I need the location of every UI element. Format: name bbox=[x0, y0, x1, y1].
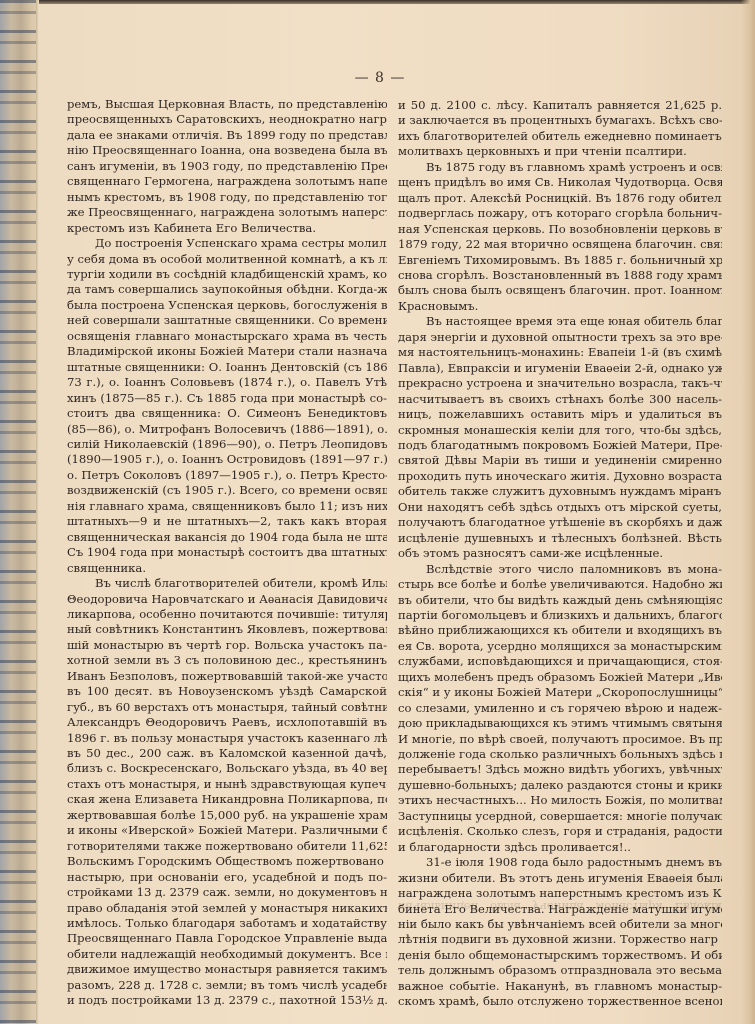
text-line: получаютъ благодатное утѣшеніе въ скорбя… bbox=[398, 515, 722, 530]
text-line: движимое имущество монастыря равняется т… bbox=[67, 962, 387, 977]
text-line: душевно-больныхъ; далеко раздаются стоны… bbox=[398, 778, 722, 793]
text-line: Вслѣдствіе этого число паломниковъ въ мо… bbox=[398, 562, 722, 577]
paragraph: Вслѣдствіе этого число паломниковъ въ мо… bbox=[398, 562, 722, 856]
text-line: ней совершали заштатные священники. Со в… bbox=[67, 313, 387, 328]
text-line: нія главнаго храма, священниковъ было 11… bbox=[67, 499, 387, 514]
text-line: ская жена Елизавета Никандровна Поликарп… bbox=[67, 792, 387, 807]
text-line: подъ благодатнымъ покровомъ Божіей Матер… bbox=[398, 438, 722, 453]
paragraph: Въ настоящее время эта еще юная обитель … bbox=[398, 314, 722, 561]
text-line: мя настоятельницъ-монахинь: Евапеіи 1-й … bbox=[398, 345, 722, 360]
text-line: Павла), Евпраксіи и игуменіи Еваѳеіи 2-й… bbox=[398, 361, 722, 376]
text-line: Θеодоровича Наровчатскаго и Аѳанасія Дав… bbox=[67, 592, 387, 607]
text-line: разомъ, 228 д. 1728 с. земли; въ томъ чи… bbox=[67, 978, 387, 993]
text-line: Евгеніемъ Тихомировымъ. Въ 1885 г. больн… bbox=[398, 253, 722, 268]
text-line: долженіе года сколько различныхъ больных… bbox=[398, 747, 722, 762]
text-line: жертвовавшая болѣе 15,000 руб. на украше… bbox=[67, 808, 387, 823]
text-line: проходить путь иноческаго житія. Духовно… bbox=[398, 469, 722, 484]
text-line: штатные священники: О. Іоаннъ Дентовскій… bbox=[67, 360, 387, 375]
text-line: тургіи ходили въ сосѣдній кладбищенскій … bbox=[67, 267, 387, 282]
text-line: молитвахъ церковныхъ и при чтеніи псалти… bbox=[398, 144, 722, 159]
text-line: жизни обители. Въ этотъ день игуменія Ев… bbox=[398, 871, 722, 886]
text-line: былъ снова былъ освященъ благочин. прот.… bbox=[398, 283, 722, 298]
text-line: 1896 г. въ пользу монастыря участокъ каз… bbox=[67, 731, 387, 746]
paragraph: Въ числѣ благотворителей обители, кромѣ … bbox=[67, 576, 387, 1009]
text-line: крестомъ изъ Кабинета Его Величества. bbox=[67, 221, 387, 236]
text-line: въ 100 десят. въ Новоузенскомъ уѣздѣ Сам… bbox=[67, 684, 387, 699]
text-line: стройками 13 д. 2379 саж. земли, но доку… bbox=[67, 885, 387, 900]
text-line: стоитъ два священника: О. Симеонъ Бенеди… bbox=[67, 406, 387, 421]
text-line: обитель также служитъ духовнымъ нуждамъ … bbox=[398, 484, 722, 499]
text-line: Въ настоящее время эта еще юная обитель … bbox=[398, 314, 722, 329]
text-line: службами, исповѣдающихся и причащающися,… bbox=[398, 654, 722, 669]
page-right-edge bbox=[741, 0, 755, 1024]
text-line: священническая вакансія до 1904 года был… bbox=[67, 530, 387, 545]
text-line: санъ игуменіи, въ 1903 году, по представ… bbox=[67, 159, 387, 174]
text-line: ницъ, пожелавшихъ оставить міръ и удалит… bbox=[398, 407, 722, 422]
text-line: хинъ (1875—85 г.). Съ 1885 года при мона… bbox=[67, 391, 387, 406]
text-line: Они находятъ себѣ здѣсь отдыхъ отъ мірск… bbox=[398, 500, 722, 515]
text-line: и подъ постройками 13 д. 2379 с., пахотн… bbox=[67, 993, 387, 1008]
text-line: снова сгорѣлъ. Возстановленный въ 1888 г… bbox=[398, 268, 722, 283]
text-line: Красновымъ. bbox=[398, 299, 722, 314]
text-line: 73 г.), о. Іоаннъ Соловьевъ (1874 г.), о… bbox=[67, 375, 387, 390]
text-line: да тамъ совершались заупокойныя обѣдни. … bbox=[67, 282, 387, 297]
book-binding bbox=[0, 0, 38, 1024]
text-line: щенъ придѣлъ во имя Св. Николая Чудотвор… bbox=[398, 175, 722, 190]
text-line: Въ числѣ благотворителей обители, кромѣ … bbox=[67, 576, 387, 591]
text-line: близъ с. Воскресенскаго, Вольскаго уѣзда… bbox=[67, 761, 387, 776]
text-line: Александръ Θеодоровичъ Раевъ, исхлопотав… bbox=[67, 715, 387, 730]
paragraph: Въ 1875 году въ главномъ храмѣ устроенъ … bbox=[398, 160, 722, 315]
paragraph: и 50 д. 2100 с. лѣсу. Капиталъ равняется… bbox=[398, 98, 722, 160]
text-line: ный совѣтникъ Константинъ Яковлевъ, поже… bbox=[67, 622, 387, 637]
text-line: 31-е іюля 1908 года было радостнымъ днем… bbox=[398, 855, 722, 870]
text-line: и заключается въ процентныхъ бумагахъ. В… bbox=[398, 113, 722, 128]
text-line: (85—86), о. Митрофанъ Волосевичъ (1886—1… bbox=[67, 422, 387, 437]
text-line: священника. bbox=[67, 561, 387, 576]
text-line: даря энергіи и духовной опытности трехъ … bbox=[398, 330, 722, 345]
text-line: же Преосвященнаго, награждена золотымъ н… bbox=[67, 205, 387, 220]
text-line: 1879 году, 22 мая вторично освящена благ… bbox=[398, 237, 722, 252]
text-line: святой Дѣвы Маріи въ тиши и уединеніи см… bbox=[398, 453, 722, 468]
text-line: стахъ отъ монастыря, и нынѣ здравствующа… bbox=[67, 777, 387, 792]
text-line: и иконы «Иверской» Божіей Матери. Различ… bbox=[67, 823, 387, 838]
text-line: этихъ несчастныхъ... Но милость Божія, п… bbox=[398, 793, 722, 808]
paragraph: 31-е іюля 1908 года было радостнымъ днем… bbox=[398, 855, 722, 1010]
text-line: скія“ и у иконы Божіей Матери „Скоропосл… bbox=[398, 685, 722, 700]
text-line: Владимірской иконы Божіей Матери стали н… bbox=[67, 344, 387, 359]
paragraph: ремъ, Высшая Церковная Власть, по предст… bbox=[67, 97, 387, 236]
text-line: имѣлось. Только благодаря заботамъ и ход… bbox=[67, 916, 387, 931]
text-line: ея Св. ворота, усердно молящихся за мона… bbox=[398, 639, 722, 654]
text-line: со слезами, умиленно и съ горячею вѣрою … bbox=[398, 701, 722, 716]
text-line: лѣтнія подвиги въ духовной жизни. Торжес… bbox=[398, 932, 722, 947]
text-line: губ., въ 60 верстахъ отъ монастыря, тайн… bbox=[67, 700, 387, 715]
text-line: ихъ благотворителей обитель ежедневно по… bbox=[398, 129, 722, 144]
text-line: нымъ крестомъ, въ 1908 году, по представ… bbox=[67, 190, 387, 205]
right-column: и 50 д. 2100 с. лѣсу. Капиталъ равняется… bbox=[398, 98, 722, 1010]
text-line: перебываетъ! Здѣсь можно видѣть убогихъ,… bbox=[398, 762, 722, 777]
text-line: исцѣленія. Сколько слезъ, горя и страдан… bbox=[398, 824, 722, 839]
text-line: священнаго Гермогена, награждена золотым… bbox=[67, 174, 387, 189]
text-line: и 50 д. 2100 с. лѣсу. Капиталъ равняется… bbox=[398, 98, 722, 113]
text-line: Заступницы усердной, совершается: многіе… bbox=[398, 809, 722, 824]
text-line: хотной земли въ 3 съ половиною дес., кре… bbox=[67, 653, 387, 668]
text-line: щихъ молебенъ предъ образомъ Божіей Мате… bbox=[398, 670, 722, 685]
text-line: прекрасно устроена и значительно возрасл… bbox=[398, 376, 722, 391]
text-line: ликарпова, особенно почитаются почившіе:… bbox=[67, 607, 387, 622]
text-line: партіи богомольцевъ и близкихъ и дальних… bbox=[398, 608, 722, 623]
text-line: вѣйно приближающихся къ обители и входящ… bbox=[398, 623, 722, 638]
text-line: И многіе, по вѣрѣ своей, получаютъ проси… bbox=[398, 732, 722, 747]
text-line: о. Петръ Соколовъ (1897—1905 г.), о. Пет… bbox=[67, 468, 387, 483]
text-line: право обладанія этой землей у монастыря … bbox=[67, 901, 387, 916]
text-line: Преосвященнаго Павла Городское Управлені… bbox=[67, 931, 387, 946]
text-line: у себя дома въ особой молитвенной комнат… bbox=[67, 252, 387, 267]
text-line: Съ 1904 года при монастырѣ состоитъ два … bbox=[67, 545, 387, 560]
text-line: въ обители, что бы видѣть каждый день см… bbox=[398, 593, 722, 608]
text-line: ная Успенская церковь. По возобновленіи … bbox=[398, 222, 722, 237]
text-line: Иванъ Безполовъ, пожертвовавшій такой-же… bbox=[67, 669, 387, 684]
text-line: освященія главнаго монастырскаго храма в… bbox=[67, 329, 387, 344]
text-line: До построенія Успенскаго храма сестры мо… bbox=[67, 236, 387, 251]
text-line: была построена Успенская церковь, богосл… bbox=[67, 298, 387, 313]
text-line: тель должнымъ образомъ отпраздновала это… bbox=[398, 963, 722, 978]
text-line: скромныя монашескія келіи для того, что-… bbox=[398, 423, 722, 438]
text-line: нію Преосвященнаго Іоанна, она возведена… bbox=[67, 143, 387, 158]
text-line: штатныхъ—9 и не штатныхъ—2, такъ какъ вт… bbox=[67, 514, 387, 529]
page-number: — 8 — bbox=[330, 70, 430, 86]
text-line: въ 50 дес., 200 саж. въ Каломской казенн… bbox=[67, 746, 387, 761]
text-line: щалъ прот. Алексѣй Росницкій. Въ 1876 го… bbox=[398, 191, 722, 206]
paragraph: До построенія Успенскаго храма сестры мо… bbox=[67, 236, 387, 576]
text-line: настырю, при основаніи его, усадебной и … bbox=[67, 870, 387, 885]
text-line: шій монастырю въ чертѣ гор. Вольска учас… bbox=[67, 638, 387, 653]
text-line: ніи было какъ бы увѣнчаніемъ всей обител… bbox=[398, 917, 722, 932]
text-line: ремъ, Высшая Церковная Власть, по предст… bbox=[67, 97, 387, 112]
text-line: преосвященныхъ Саратовскихъ, неоднократн… bbox=[67, 112, 387, 127]
text-line: готворителями также пожертвовано обители… bbox=[67, 839, 387, 854]
text-line: стырь все болѣе и болѣе увеличиваются. Н… bbox=[398, 577, 722, 592]
text-line: (1890—1905 г.), о. Іоаннъ Островидовъ (1… bbox=[67, 452, 387, 467]
text-line: дала ее знаками отличія. Въ 1899 году по… bbox=[67, 128, 387, 143]
left-column: ремъ, Высшая Церковная Власть, по предст… bbox=[67, 97, 387, 1009]
text-line: объ этомъ разносятъ сами-же исцѣленные. bbox=[398, 546, 722, 561]
text-line: подверглась пожару, отъ котораго сгорѣла… bbox=[398, 206, 722, 221]
text-line: важное событіе. Наканунѣ, въ главномъ мо… bbox=[398, 979, 722, 994]
text-line: воздвиженскій (съ 1905 г.). Всего, со вр… bbox=[67, 483, 387, 498]
text-line: дою прикладывающихся къ этимъ чтимымъ св… bbox=[398, 716, 722, 731]
text-line: денія было общемонастырскимъ торжествомъ… bbox=[398, 948, 722, 963]
text-line: Въ 1875 году въ главномъ храмѣ устроенъ … bbox=[398, 160, 722, 175]
text-line: насчитываетъ въ своихъ стѣнахъ болѣе 300… bbox=[398, 392, 722, 407]
show-through-text: начальницей была ученица монастыря Евдок… bbox=[398, 898, 722, 914]
text-line: силій Николаевскій (1896—90), о. Петръ Л… bbox=[67, 437, 387, 452]
text-line: обители надлежащій необходимый документъ… bbox=[67, 947, 387, 962]
text-line: и благодарности здѣсь проливается!.. bbox=[398, 840, 722, 855]
text-line: исцѣленіе душевныхъ и тѣлесныхъ болѣзней… bbox=[398, 531, 722, 546]
text-line: скомъ храмѣ, было отслужено торжественно… bbox=[398, 994, 722, 1009]
text-line: Вольскимъ Городскимъ Обществомъ пожертво… bbox=[67, 854, 387, 869]
